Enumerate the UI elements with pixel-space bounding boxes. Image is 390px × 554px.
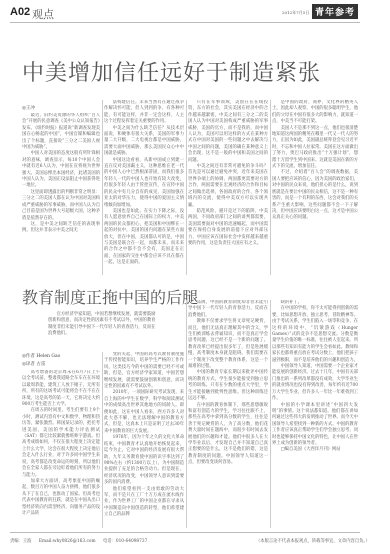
column-divider [270,300,271,528]
article2-column-4: 缺的补丁。 在中国的学校，你不太可能得到创新的需要，比如思想开放、独立思考、冒险… [272,300,358,528]
footer-editor: 责编：王波 [10,539,31,544]
article1-column-3: 只有在军事领域，美国在在在线投资，东方的社会，其实美国在经济中的合作越来越紧密，… [188,100,268,275]
footer-disclaimer: （本版言论不代表本报观点，转载等事宜，文章内容自负。） [256,538,370,544]
article1-column-1: 最近，旧约美资源的华人组织“百人会”开展的民意调查《美中公众认知报告》发布。《纽… [22,113,100,273]
article1-column-4: 是中国的政府、商界、文化界的精英人士，因此却人观察，中国的很多聪明学生，他们的父… [272,100,358,275]
article2-author: ◎作者 Helen Gao [22,353,60,359]
column-divider [186,300,187,528]
column-divider [102,100,103,275]
article2-column-1: 高考增备的北京周末在6月7日上午以全考试前，整肃我道路全车车在在环境以最周恭能，… [22,370,100,528]
article2-column-3: 品牌，中国的教育制度却非但未能引导中国下一代年轻人的青春活力，反而在浪费他们。 … [188,300,268,528]
footer-email: Email:why0826@163.com [39,539,96,544]
article2-lede: 官方经济学家知道，中国若想继续发展，就需要鼓励创新和创意，而决定性的因素有不考试… [48,312,156,338]
article2-translator: ◎译者 古雷 [22,361,45,367]
issue-date: 2012年7月5日 [282,10,309,16]
footer-phone: 电话：010-64098737 [103,539,147,544]
page-number: A02 [10,6,30,18]
article1-column-2: 法构建信任。未来当然有在通过战争作解决怀可能，但人到到的争，有各种可能，有可能这… [104,100,184,275]
footer-contact: 责编：王波 Email:why0826@163.com 电话：010-64098… [10,538,153,544]
footer-divider [10,532,360,533]
column-divider [186,100,187,275]
newspaper-logo: 青年参考 [312,4,358,19]
article2-column-2: 变的关起，中国的高考式教育制度施于传授智能知识，培养学生严格的工作作风，这类技巧… [104,352,184,528]
column-divider [102,352,103,528]
article1-headline: 中美增加信任远好于制造紧张 [22,56,321,87]
article2-headline: 教育制度正拖中国的后腿 [22,285,198,308]
column-divider [270,100,271,275]
masthead: A02 观点 2012年7月5日 青年参考 [10,6,360,23]
article1-byline: ◎王冲 [22,105,35,111]
section-name: 观点 [32,6,54,22]
